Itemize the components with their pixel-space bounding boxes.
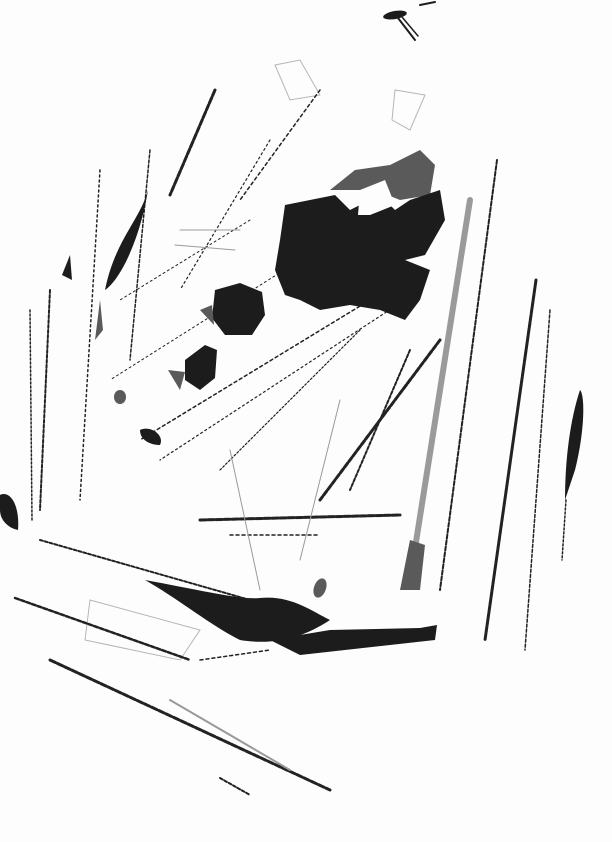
ink-artwork: [0, 0, 612, 842]
paper-background: [0, 0, 612, 842]
